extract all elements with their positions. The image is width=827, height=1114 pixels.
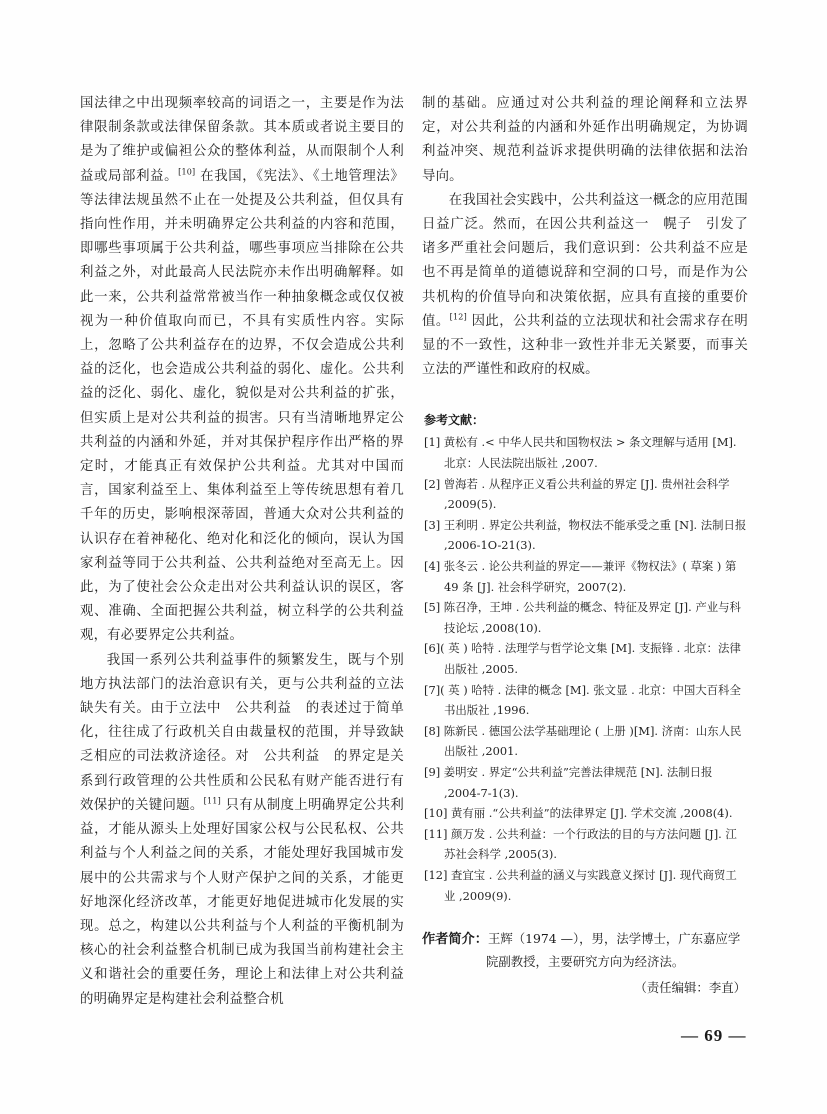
editor-note: （责任编辑：李直） [422, 977, 748, 999]
reference-item: [10] 黄有丽 .“公共利益”的法律界定 [J]. 学术交流 ,2008(4)… [422, 803, 748, 824]
paragraph-text: 只有从制度上明确界定公共利益，才能从源头上处理好国家公权与公民私权、公共利益与个… [80, 798, 404, 1007]
reference-item: [8] 陈新民 . 德国公法学基础理论 ( 上册 )[M]. 济南：山东人民出版… [422, 721, 748, 762]
author-bio: 作者简介：王辉（1974 —），男，法学博士，广东嘉应学院副教授，主要研究方向为… [422, 928, 748, 973]
reference-item: [3] 王利明 . 界定公共利益，物权法不能承受之重 [N]. 法制日报 ,20… [422, 515, 748, 556]
left-column: 国法律之中出现频率较高的词语之一，主要是作为法律限制条款或法律保留条款。其本质或… [80, 92, 404, 1012]
paragraph: 我国一系列公共利益事件的频繁发生，既与个别地方执法部门的法治意识有关，更与公共利… [80, 649, 404, 1012]
paragraph: 国法律之中出现频率较高的词语之一，主要是作为法律限制条款或法律保留条款。其本质或… [80, 92, 404, 649]
reference-item: [4] 张冬云 . 论公共利益的界定——兼评《物权法》( 草案 ) 第 49 条… [422, 556, 748, 597]
paragraph: 在我国社会实践中，公共利益这一概念的应用范围日益广泛。然而，在因公共利益这一 幌… [422, 189, 748, 383]
reference-item: [12] 査宜宝 . 公共利益的涵义与实践意义探讨 [J]. 现代商贸工业 ,2… [422, 865, 748, 906]
citation-superscript: [10] [178, 167, 195, 176]
reference-item: [6]( 英 ) 哈特 . 法理学与哲学论文集 [M]. 支振锋 . 北京：法律… [422, 638, 748, 679]
citation-superscript: [11] [204, 796, 221, 805]
reference-item: [9] 姜明安 . 界定“公共利益”完善法律规范 [N]. 法制日报 ,2004… [422, 762, 748, 803]
author-bio-label: 作者简介： [422, 932, 488, 947]
paragraph-text: 在我国，《宪法》、《土地管理法》等法律法规虽然不止在一处提及公共利益，但仅具有指… [80, 169, 404, 644]
references-heading: 参考文献： [424, 410, 748, 430]
references-section: 参考文献： [1] 黄松有 .< 中华人民共和国物权法 > 条文理解与适用 [M… [422, 410, 748, 906]
paragraph-text: 我国一系列公共利益事件的频繁发生，既与个别地方执法部门的法治意识有关，更与公共利… [80, 653, 404, 813]
paragraph-text: 因此，公共利益的立法现状和社会需求存在明显的不一致性，这种非一致性并非无关紧要，… [422, 314, 748, 377]
reference-item: [1] 黄松有 .< 中华人民共和国物权法 > 条文理解与适用 [M]. 北京：… [422, 432, 748, 473]
reference-item: [7]( 英 ) 哈特 . 法律的概念 [M]. 张文显 . 北京：中国大百科全… [422, 680, 748, 721]
reference-item: [2] 曾海若 . 从程序正义看公共利益的界定 [J]. 贵州社会科学 ,200… [422, 474, 748, 515]
journal-page: 国法律之中出现频率较高的词语之一，主要是作为法律限制条款或法律保留条款。其本质或… [0, 0, 827, 1114]
citation-superscript: [12] [450, 312, 467, 321]
paragraph-text: 制的基础。应通过对公共利益的理论阐释和立法界定，对公共利益的内涵和外延作出明确规… [422, 96, 748, 184]
paragraph: 制的基础。应通过对公共利益的理论阐释和立法界定，对公共利益的内涵和外延作出明确规… [422, 92, 748, 189]
author-bio-text: 王辉（1974 —），男，法学博士，广东嘉应学院副教授，主要研究方向为经济法。 [486, 931, 740, 969]
right-column: 制的基础。应通过对公共利益的理论阐释和立法界定，对公共利益的内涵和外延作出明确规… [422, 92, 748, 999]
right-body-text: 制的基础。应通过对公共利益的理论阐释和立法界定，对公共利益的内涵和外延作出明确规… [422, 92, 748, 382]
page-number: — 69 — [681, 1026, 747, 1046]
reference-item: [5] 陈召净，王坤 . 公共利益的概念、特征及界定 [J]. 产业与科技论坛 … [422, 597, 748, 638]
paragraph-text: 在我国社会实践中，公共利益这一概念的应用范围日益广泛。然而，在因公共利益这一 幌… [422, 193, 748, 329]
reference-item: [11] 颜万发 . 公共利益：一个行政法的目的与方法问题 [J]. 江苏社会科… [422, 824, 748, 865]
